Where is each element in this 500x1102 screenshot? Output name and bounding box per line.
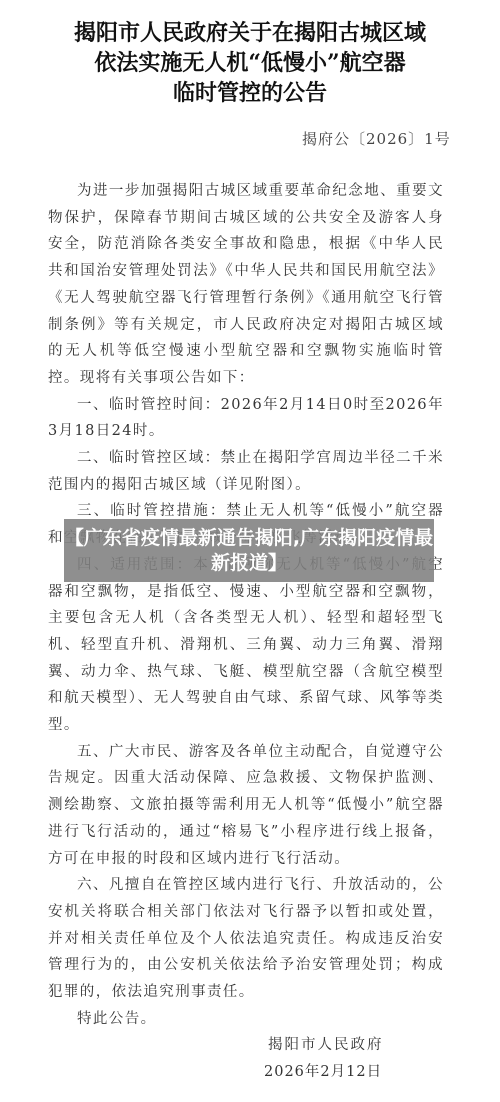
caption-overlay: 【广东省疫情最新通告揭阳,广东揭阳疫情最新报道】: [64, 519, 434, 582]
document-body: 为进一步加强揭阳古城区域重要革命纪念地、重要文物保护，保障春节期间古城区域的公共…: [48, 178, 444, 1033]
signature: 揭阳市人民政府: [268, 1033, 384, 1054]
paragraph-5-cooperation: 五、广大市民、游客及各单位主动配合，自觉遵守公告规定。因重大活动保障、应急救援、…: [48, 739, 444, 873]
signature-date: 2026年2月12日: [264, 1060, 382, 1081]
paragraph-2-area: 二、临时管控区域：禁止在揭阳学宫周边半径二千米范围内的揭阳古城区域（详见附图）。: [48, 445, 444, 498]
title-line-3: 临时管控的公告: [0, 78, 500, 108]
title-line-1: 揭阳市人民政府关于在揭阳古城区域: [0, 18, 500, 48]
title-line-2: 依法实施无人机“低慢小”航空器: [0, 48, 500, 78]
paragraph-intro: 为进一步加强揭阳古城区域重要革命纪念地、重要文物保护，保障春节期间古城区域的公共…: [48, 178, 444, 392]
document-number: 揭府公〔2026〕1号: [302, 128, 451, 149]
paragraph-1-time: 一、临时管控时间：2026年2月14日0时至2026年3月18日24时。: [48, 392, 444, 445]
paragraph-closing: 特此公告。: [48, 1006, 444, 1033]
caption-text: 【广东省疫情最新通告揭阳,广东揭阳疫情最新报道】: [64, 526, 434, 576]
document-title: 揭阳市人民政府关于在揭阳古城区域 依法实施无人机“低慢小”航空器 临时管控的公告: [0, 18, 500, 108]
paragraph-6-penalty: 六、凡擅自在管控区域内进行飞行、升放活动的，公安机关将联合相关部门依法对飞行器予…: [48, 872, 444, 1006]
